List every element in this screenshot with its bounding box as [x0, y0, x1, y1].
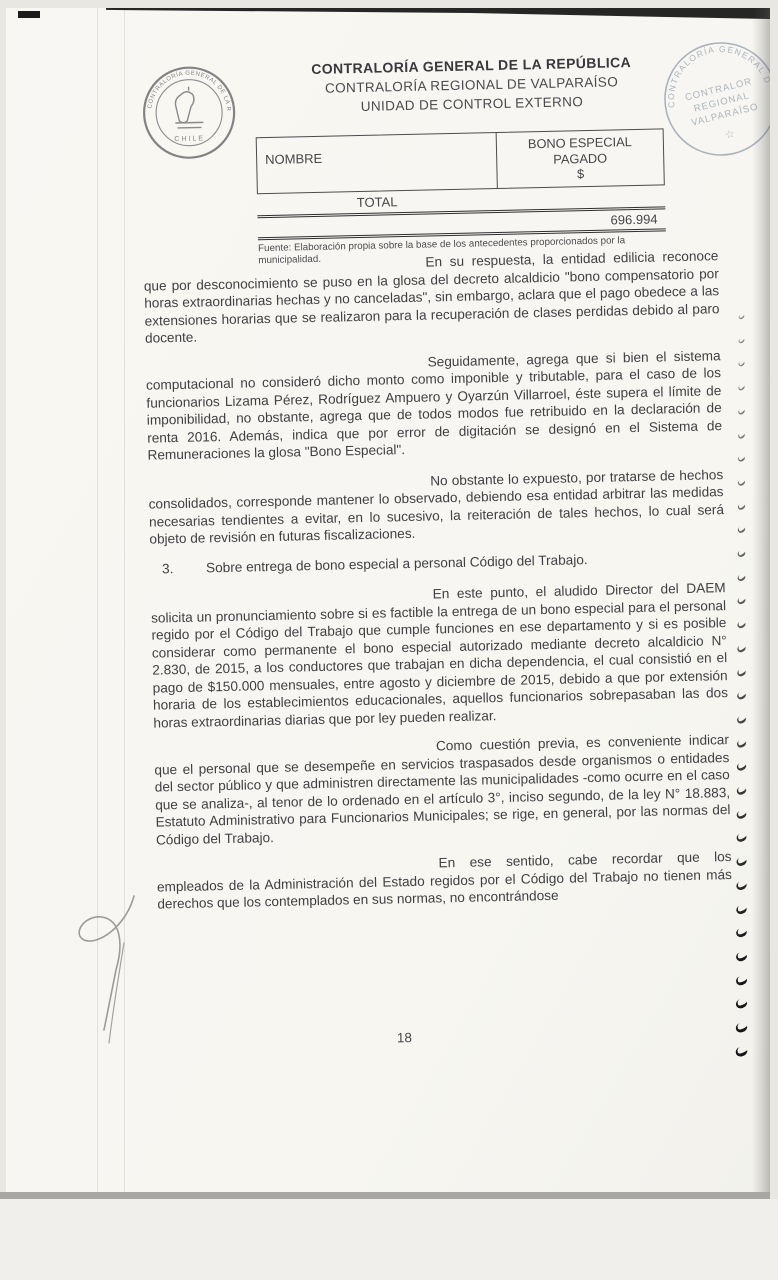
seal-ring-text: CONTRALORÍA GENERAL DE LA REPÚBLICA: [128, 51, 231, 114]
table-header-nombre: NOMBRE: [257, 133, 498, 193]
stamp-star-icon: ☆: [724, 128, 737, 142]
body-text: En su respuesta, la entidad edilicia rec…: [143, 247, 732, 925]
paragraph: En este punto, el aludido Director del D…: [151, 579, 729, 732]
section-3-title: Sobre entrega de bono especial a persona…: [206, 551, 588, 577]
table-header-bono: BONO ESPECIAL PAGADO $: [497, 129, 664, 187]
letterhead: CONTRALORÍA GENERAL DE LA REPÚBLICA CONT…: [251, 52, 692, 119]
svg-text:CONTRALORÍA GENERAL DE LA REPÚ: CONTRALORÍA GENERAL DE LA REPÚBLICA: [128, 51, 231, 114]
scanner-background: [0, 1199, 778, 1280]
corner-notch: [18, 11, 40, 18]
paragraph: Seguidamente, agrega que si bien el sist…: [145, 347, 722, 465]
handwritten-mark: [64, 888, 164, 1058]
page-edge-shade: [752, 8, 770, 1192]
paragraph: Como cuestión previa, es conveniente ind…: [154, 731, 731, 849]
paragraph: En ese sentido, cabe recordar que los em…: [156, 848, 732, 913]
total-label: TOTAL: [257, 191, 497, 211]
section-3-number: 3.: [150, 559, 206, 578]
paragraph: En su respuesta, la entidad edilicia rec…: [143, 247, 720, 347]
paragraph: No obstante lo expuesto, por tratarse de…: [148, 466, 724, 549]
seal-bottom-text: CHILE: [174, 135, 205, 143]
section-3-heading: 3. Sobre entrega de bono especial a pers…: [150, 548, 725, 578]
document-page: CONTRALORÍA GENERAL DE LA REPÚBLICA CHIL…: [6, 8, 770, 1192]
contraloria-seal-icon: CONTRALORÍA GENERAL DE LA REPÚBLICA CHIL…: [128, 51, 251, 174]
table-header-row: NOMBRE BONO ESPECIAL PAGADO $: [256, 128, 665, 193]
page-bottom-shadow: [0, 1192, 770, 1199]
summary-table: NOMBRE BONO ESPECIAL PAGADO $ TOTAL 696.…: [256, 128, 667, 267]
table-header-bono-line: $: [499, 164, 661, 183]
